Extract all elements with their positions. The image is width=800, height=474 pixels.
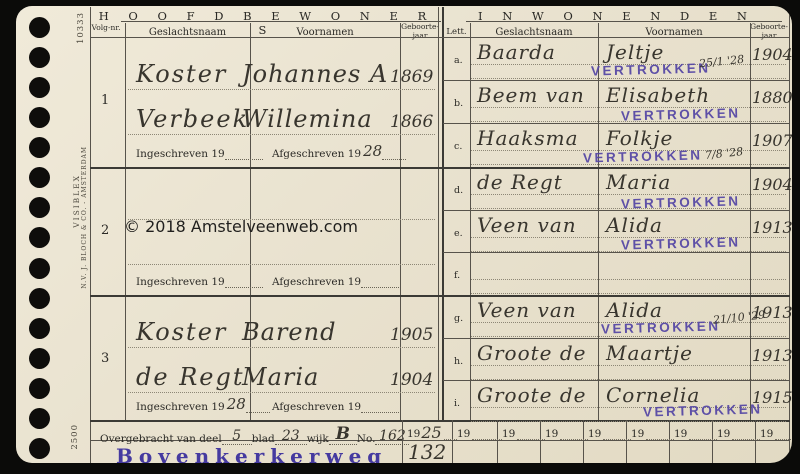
row-letter: g.: [454, 313, 463, 324]
house-number: 132: [408, 440, 446, 463]
firstnames-entry: Elisabeth: [606, 83, 710, 107]
firstnames-entry: Maria: [606, 170, 671, 194]
row-letter: e.: [454, 228, 463, 239]
firstnames-entry: Jeltje: [606, 40, 664, 64]
row-letter: f.: [454, 270, 460, 281]
birthyear-entry: 1904.: [752, 45, 792, 64]
departure-date: 21/10 '29: [712, 308, 765, 326]
dotted-blank: [382, 149, 406, 160]
afgeschreven-field: Afgeschreven 19: [272, 276, 399, 288]
punch-hole: [29, 47, 50, 68]
afgeschreven-label: Afgeschreven 19: [272, 276, 361, 288]
ingeschreven-field: Ingeschreven 19: [136, 148, 263, 160]
punch-hole: [29, 77, 50, 98]
inwonenden-row-g: g. Veen van Alida 1913 VERTROKKEN 21/10 …: [443, 295, 790, 338]
year-prefix: 19: [545, 428, 558, 440]
wijk-value: B: [329, 424, 357, 445]
punch-hole: [29, 258, 50, 279]
punch-hole: [29, 438, 50, 459]
surname-entry: Koster: [136, 60, 227, 88]
punch-hole: [29, 17, 50, 38]
population-register-card: 10333 VISIBLEX N.V. J. BLOCH & CO. - AMS…: [16, 6, 792, 463]
dotted-blank: [361, 402, 399, 413]
row-letter: d.: [454, 185, 463, 196]
year-prefix: 19: [588, 428, 601, 440]
vertrokken-stamp: VERTROKKEN: [591, 60, 711, 78]
ingeschreven-field: Ingeschreven 19: [136, 276, 263, 288]
firstnames-entry: Johannes A: [242, 60, 388, 88]
year-prefix: 19: [631, 428, 644, 440]
year-prefix: 19: [674, 428, 687, 440]
writing-rule: [471, 78, 786, 79]
writing-rule: [128, 347, 435, 348]
serial-number-top: 10333: [76, 12, 86, 44]
inwonenden-row-c: c. Haaksma Folkje 1907. VERTROKKEN 7/8 '…: [443, 123, 790, 167]
afgeschreven-label: Afgeschreven 19: [272, 401, 361, 413]
column-volgnr: Volg-nr.: [91, 24, 121, 33]
punch-hole: [29, 288, 50, 309]
writing-rule: [128, 89, 435, 90]
afgeschreven-value: 28: [363, 142, 382, 160]
afgeschreven-field: Afgeschreven 19: [272, 401, 399, 413]
blad-value: 23: [275, 428, 307, 445]
birthyear-entry: 1913.: [752, 218, 792, 237]
dotted-blank: [225, 277, 263, 288]
firstnames-entry: Folkje: [606, 126, 673, 150]
surname-entry: Haaksma: [477, 126, 579, 150]
birthyear-entry: 1907.: [752, 131, 792, 150]
block-number: 1: [101, 93, 109, 108]
punch-hole: [29, 197, 50, 218]
printer-brand: VISIBLEX: [72, 174, 81, 228]
afgeschreven-field: Afgeschreven 19 28: [272, 142, 406, 160]
ingeschreven-label: Ingeschreven 19: [136, 148, 225, 160]
dotted-blank: [775, 431, 792, 440]
inwonenden-row-b: b. Beem van Elisabeth 1880 VERTROKKEN: [443, 80, 790, 123]
punch-holes: [29, 17, 51, 459]
punch-hole: [29, 167, 50, 188]
punch-hole: [29, 378, 50, 399]
dotted-blank: [361, 277, 399, 288]
birthyear-entry: 1913: [752, 346, 792, 365]
firstnames-entry: Maria: [242, 363, 319, 391]
writing-rule: [471, 279, 786, 280]
afgeschreven-label: Afgeschreven 19: [272, 148, 361, 160]
firstnames-entry: Alida: [606, 213, 663, 237]
surname-entry: Beem van: [477, 83, 585, 107]
surname-entry: Groote de: [477, 341, 587, 365]
surname-entry: Baarda: [477, 40, 556, 64]
printer-name: N.V. J. BLOCH & CO. - AMSTERDAM: [81, 146, 88, 289]
hoofdbewoners-block-3: 3 Koster Barend 1905 de Regt Maria 1904 …: [90, 295, 443, 420]
punch-hole: [29, 348, 50, 369]
deel-value: 5: [222, 428, 252, 445]
street-name-stamp: Bovenkerkerweg: [116, 444, 378, 463]
row-letter: c.: [454, 141, 462, 152]
block-number: 3: [101, 351, 109, 366]
birthyear-entry: 1904: [390, 370, 433, 390]
block-number: 2: [101, 223, 109, 238]
inwonenden-row-i: i. Groote de Cornelia 1915 VERTROKKEN: [443, 380, 790, 420]
writing-rule: [471, 365, 786, 366]
hoofdbewoners-block-1: 1 Koster Johannes A 1869 Verbeek Willemi…: [90, 37, 443, 167]
inwonenden-row-a: a. Baarda Jeltje 1904. VERTROKKEN 25/1 '…: [443, 37, 790, 80]
birthyear-entry: 1866: [390, 112, 433, 132]
punch-hole: [29, 408, 50, 429]
year-prefix: 19: [502, 428, 515, 440]
inwonenden-row-d: d. de Regt Maria 1904. VERTROKKEN: [443, 167, 790, 210]
dotted-blank: [246, 402, 270, 413]
surname-entry: de Regt: [136, 363, 244, 391]
vertrokken-stamp: VERTROKKEN: [621, 193, 741, 211]
surname-entry: Veen van: [477, 298, 577, 322]
writing-rule: [471, 293, 786, 294]
transfer-row: Overgebracht van deel 5 blad 23 wijk B N…: [100, 424, 400, 445]
ingeschreven-field: Ingeschreven 19 28: [136, 395, 270, 413]
birthyear-entry: 1904.: [752, 175, 792, 194]
surname-entry: Koster: [136, 318, 227, 346]
photo-of-register-card: 10333 VISIBLEX N.V. J. BLOCH & CO. - AMS…: [0, 0, 800, 474]
surname-entry: Veen van: [477, 213, 577, 237]
writing-rule: [128, 134, 435, 135]
surname-entry: de Regt: [477, 170, 563, 194]
row-letter: h.: [454, 356, 463, 367]
website-watermark: © 2018 Amstelveenweb.com: [124, 217, 358, 236]
birthyear-entry: 1905: [390, 325, 433, 345]
year-prefix: 19: [717, 428, 730, 440]
writing-rule: [471, 336, 786, 337]
row-letter: i.: [454, 398, 460, 409]
departure-date: 7/8 '28: [704, 145, 743, 162]
row-letter: a.: [454, 55, 463, 66]
inwonenden-row-e: e. Veen van Alida 1913. VERTROKKEN: [443, 210, 790, 252]
year-prefix: 19: [760, 428, 773, 440]
ingeschreven-value: 28: [227, 395, 246, 413]
inwonenden-row-h: h. Groote de Maartje 1913: [443, 338, 790, 380]
ingeschreven-label: Ingeschreven 19: [136, 276, 225, 288]
firstnames-entry: Barend: [242, 318, 336, 346]
column-lett: Lett.: [443, 27, 470, 37]
firstnames-entry: Alida: [606, 298, 663, 322]
birthyear-entry: 1869: [390, 67, 433, 87]
punch-hole: [29, 227, 50, 248]
vertrokken-stamp: VERTROKKEN: [621, 105, 741, 123]
birthyear-entry: 1880: [752, 88, 792, 107]
writing-rule: [128, 264, 435, 265]
ingeschreven-label: Ingeschreven 19: [136, 401, 225, 413]
surname-entry: Verbeek: [136, 105, 249, 133]
serial-number-bottom: 2500: [70, 424, 80, 450]
surname-entry: Groote de: [477, 383, 587, 407]
punch-hole: [29, 107, 50, 128]
punch-hole: [29, 137, 50, 158]
punch-hole: [29, 318, 50, 339]
vertrokken-stamp: VERTROKKEN: [621, 234, 741, 252]
vertrokken-stamp: VERTROKKEN: [643, 401, 763, 419]
writing-rule: [128, 392, 435, 393]
inwonenden-row-f: f.: [443, 252, 790, 295]
year-prefix: 19: [407, 428, 420, 440]
year-prefix: 19: [457, 428, 470, 440]
year-cell-9: 19: [755, 420, 792, 442]
vertrokken-stamp: VERTROKKEN: [583, 147, 703, 165]
departure-date: 25/1 '28: [698, 53, 744, 71]
row-letter: b.: [454, 98, 463, 109]
vertrokken-stamp: VERTROKKEN: [601, 318, 721, 336]
firstnames-entry: Willemina: [242, 105, 373, 133]
dotted-blank: [225, 149, 263, 160]
firstnames-entry: Maartje: [606, 341, 693, 365]
